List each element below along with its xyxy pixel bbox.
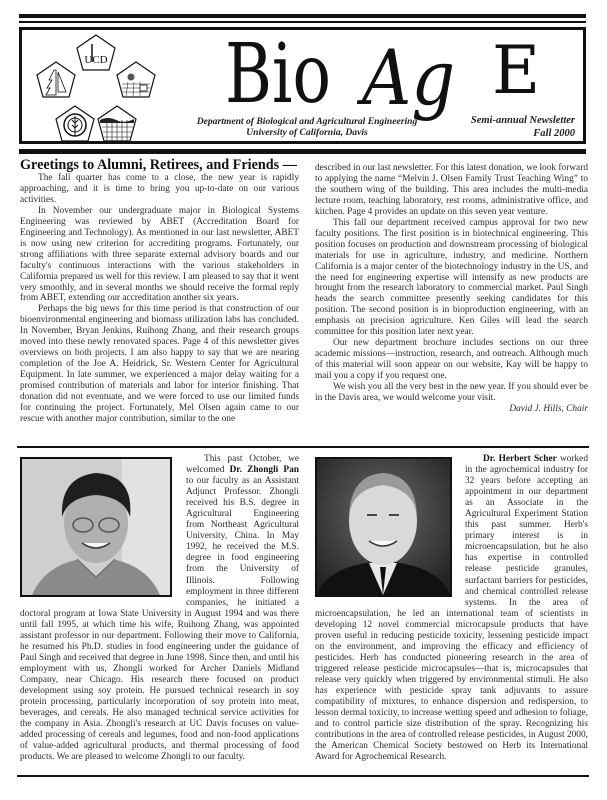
letter-column-left: The fall quarter has come to a close, th… [20, 173, 299, 425]
profile-name: Dr. Herbert Scher [465, 454, 557, 464]
top-rule-thin [19, 21, 586, 23]
profile-herbert-scher: Dr. Herbert Scher worked in the agrochem… [315, 454, 588, 763]
letter-signature: David J. Hills, Chair [315, 404, 588, 415]
profile-zhongli-pan: This past October, we welcomed Dr. Zhong… [20, 454, 299, 763]
photo-zhongli-pan [20, 457, 172, 597]
letter-paragraph: This fall our department received campus… [315, 218, 588, 338]
letter-paragraph: We wish you all the very best in the new… [315, 382, 588, 404]
letter-paragraph: described in our last newsletter. For th… [315, 163, 588, 218]
top-rule-thick [19, 14, 586, 18]
issue-date: Fall 2000 [471, 127, 575, 140]
person-portrait-icon [22, 459, 170, 595]
department-name: Department of Biological and Agricultura… [172, 116, 442, 127]
section-divider-rule [17, 446, 589, 448]
profile-name: Dr. Zhongli Pan [230, 465, 299, 475]
page-bottom-rule [17, 775, 589, 777]
svg-text:UCD: UCD [84, 54, 107, 66]
letter-paragraph: In November our undergraduate major in B… [20, 206, 299, 305]
issue-info: Semi-annual Newsletter Fall 2000 [471, 114, 575, 140]
title-bio: Bio [225, 34, 331, 116]
letter-column-right: described in our last newsletter. For th… [315, 163, 588, 415]
department-line: Department of Biological and Agricultura… [172, 116, 442, 138]
letter-paragraph: Our new department brochure includes sec… [315, 338, 588, 382]
letter-paragraph: Perhaps the big news for this time perio… [20, 304, 299, 424]
title-e: E [492, 38, 540, 104]
university-name: University of California, Davis [172, 127, 442, 138]
photo-herbert-scher [315, 457, 452, 597]
person-portrait-icon [317, 459, 450, 595]
issue-type: Semi-annual Newsletter [471, 114, 575, 127]
letter-paragraph: The fall quarter has come to a close, th… [20, 173, 299, 206]
masthead: UCD Bio Ag E Department of Biological an… [19, 27, 586, 144]
title-ag: Ag [362, 40, 455, 116]
masthead-bottom-rule [19, 149, 586, 154]
department-logo-icon: UCD [32, 32, 160, 144]
letter-headline: Greetings to Alumni, Retirees, and Frien… [20, 157, 297, 174]
